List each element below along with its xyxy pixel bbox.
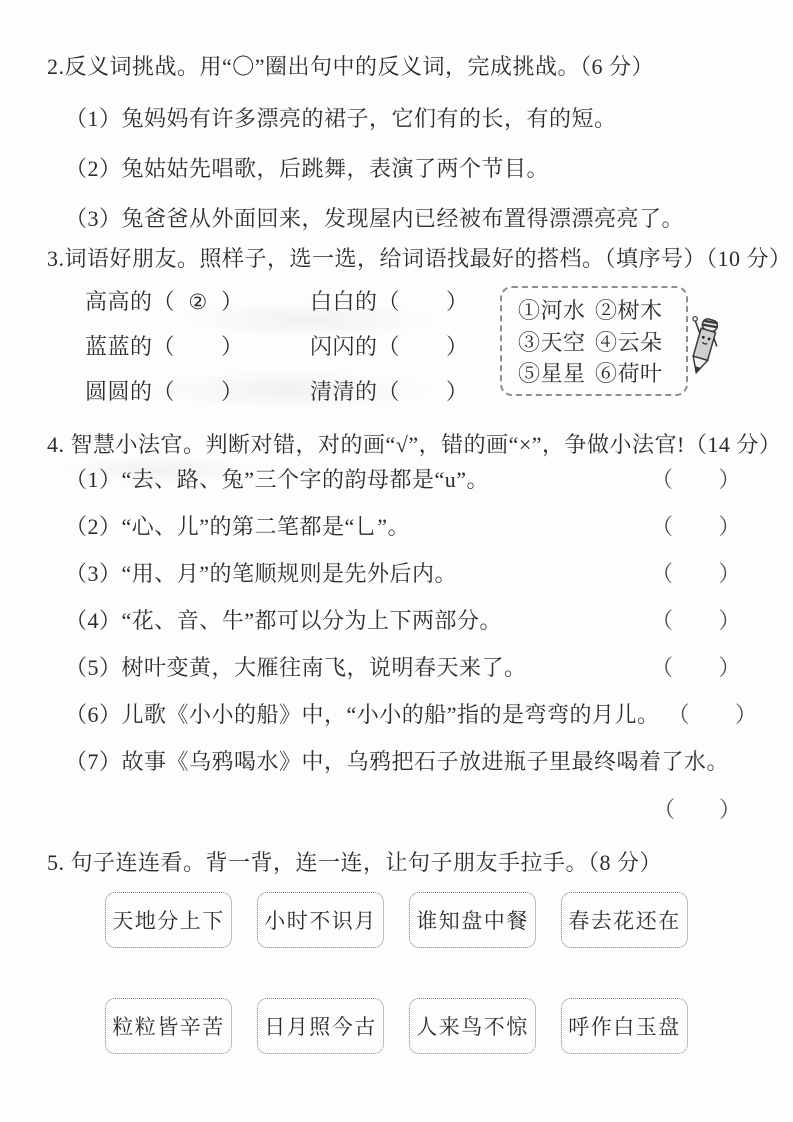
blank-label: 高高的 <box>85 289 153 314</box>
q4-items: （1）“去、路、兔”三个字的韵母都是“u”。 （ ） （2）“心、儿”的第二笔都… <box>65 455 741 784</box>
q2-item-1: （1）兔妈妈有许多漂亮的裙子，它们有的长，有的短。 <box>65 92 763 142</box>
paren-close: ） <box>221 379 244 404</box>
answer-bracket: （ ） <box>651 463 741 494</box>
judgment-text: （2）“心、儿”的第二笔都是“乚”。 <box>65 510 410 541</box>
q2-items: （1）兔妈妈有许多漂亮的裙子，它们有的长，有的短。 （2）兔姑姑先唱歌，后跳舞，… <box>65 92 763 242</box>
fill-blank-yuanyuan: 圆圆的（） <box>85 375 310 406</box>
paren-open: （ <box>153 379 176 404</box>
blank-label: 清清的 <box>310 379 378 404</box>
blank-label: 蓝蓝的 <box>85 334 153 359</box>
answer-bracket: （ ） <box>651 510 741 541</box>
fill-blank-shanshan: 闪闪的（） <box>310 330 510 361</box>
fill-blank-qingqing: 清清的（） <box>310 375 510 406</box>
q4-item-6: （6）儿歌《小小的船》中，“小小的船”指的是弯弯的月儿。 （ ） <box>65 690 741 737</box>
match-card: 谁知盘中餐 <box>409 892 536 948</box>
answer-bracket: （ ） <box>651 604 741 635</box>
q4-item-1: （1）“去、路、兔”三个字的韵母都是“u”。 （ ） <box>65 455 741 502</box>
answer-bracket: （ ） <box>651 651 741 682</box>
option-1-river: ①河水 <box>518 294 586 325</box>
fill-blank-gaogao: 高高的（②） <box>85 285 310 316</box>
q4-item-3: （3）“用、月”的笔顺规则是先外后内。 （ ） <box>65 549 741 596</box>
q2-header: 2.反义词挑战。用“〇”圈出句中的反义词，完成挑战。（6 分） <box>47 50 773 81</box>
blank-label: 白白的 <box>310 289 378 314</box>
match-card: 天地分上下 <box>105 892 232 948</box>
q4-item-4: （4）“花、音、牛”都可以分为上下两部分。 （ ） <box>65 596 741 643</box>
q4-item-5: （5）树叶变黄，大雁往南飞，说明春天来了。 （ ） <box>65 643 741 690</box>
match-card: 人来鸟不惊 <box>409 998 536 1054</box>
paren-open: （ <box>153 289 176 314</box>
paren-close: ） <box>446 289 469 314</box>
match-card: 粒粒皆辛苦 <box>105 998 232 1054</box>
q3-blanks-grid: 高高的（②） 白白的（） 蓝蓝的（） 闪闪的（） 圆圆的（） 清清的（） <box>85 278 510 413</box>
paren-close: ） <box>221 289 244 314</box>
q4-item-2: （2）“心、儿”的第二笔都是“乚”。 （ ） <box>65 502 741 549</box>
option-5-stars: ⑤星星 <box>518 357 586 388</box>
paren-close: ） <box>221 334 244 359</box>
option-4-clouds: ④云朵 <box>595 326 663 357</box>
q4-item-7-bracket: （ ） <box>653 793 741 824</box>
match-card: 小时不识月 <box>257 892 384 948</box>
q5-match-row-top: 天地分上下 小时不识月 谁知盘中餐 春去花还在 <box>105 892 688 948</box>
option-3-sky: ③天空 <box>518 326 586 357</box>
blank-label: 闪闪的 <box>310 334 378 359</box>
paren-close: ） <box>446 334 469 359</box>
pencil-mascot-icon <box>684 308 726 380</box>
judgment-text: （6）儿歌《小小的船》中，“小小的船”指的是弯弯的月儿。 <box>65 698 660 729</box>
q2-item-3: （3）兔爸爸从外面回来，发现屋内已经被布置得漂漂亮亮了。 <box>65 192 763 242</box>
judgment-text: （7）故事《乌鸦喝水》中，乌鸦把石子放进瓶子里最终喝着了水。 <box>65 745 729 776</box>
fill-blank-baibai: 白白的（） <box>310 285 510 316</box>
answer-bracket: （ ） <box>651 557 741 588</box>
worksheet-page: 2.反义词挑战。用“〇”圈出句中的反义词，完成挑战。（6 分） （1）兔妈妈有许… <box>0 0 793 1122</box>
paren-open: （ <box>378 379 401 404</box>
blank-answer: ② <box>175 290 221 315</box>
q2-item-2: （2）兔姑姑先唱歌，后跳舞，表演了两个节目。 <box>65 142 763 192</box>
match-card: 春去花还在 <box>561 892 688 948</box>
option-2-trees: ②树木 <box>595 294 663 325</box>
answer-bracket: （ ） <box>668 698 758 729</box>
q4-item-7: （7）故事《乌鸦喝水》中，乌鸦把石子放进瓶子里最终喝着了水。 <box>65 737 741 784</box>
match-card: 日月照今古 <box>257 998 384 1054</box>
q3-options-box: ①河水 ②树木 ③天空 ④云朵 ⑤星星 ⑥荷叶 <box>500 286 688 396</box>
paren-open: （ <box>378 289 401 314</box>
option-6-lotus: ⑥荷叶 <box>595 357 663 388</box>
paren-open: （ <box>378 334 401 359</box>
judgment-text: （3）“用、月”的笔顺规则是先外后内。 <box>65 557 457 588</box>
paren-open: （ <box>153 334 176 359</box>
q5-header: 5. 句子连连看。背一背，连一连，让句子朋友手拉手。（8 分） <box>47 846 773 877</box>
q5-match-row-bottom: 粒粒皆辛苦 日月照今古 人来鸟不惊 呼作白玉盘 <box>105 998 688 1054</box>
q3-header: 3.词语好朋友。照样子，选一选，给词语找最好的搭档。（填序号）（10 分） <box>47 242 773 273</box>
judgment-text: （1）“去、路、兔”三个字的韵母都是“u”。 <box>65 463 489 494</box>
judgment-text: （4）“花、音、牛”都可以分为上下两部分。 <box>65 604 502 635</box>
paren-close: ） <box>446 379 469 404</box>
match-card: 呼作白玉盘 <box>561 998 688 1054</box>
fill-blank-lanlan: 蓝蓝的（） <box>85 330 310 361</box>
blank-label: 圆圆的 <box>85 379 153 404</box>
judgment-text: （5）树叶变黄，大雁往南飞，说明春天来了。 <box>65 651 527 682</box>
